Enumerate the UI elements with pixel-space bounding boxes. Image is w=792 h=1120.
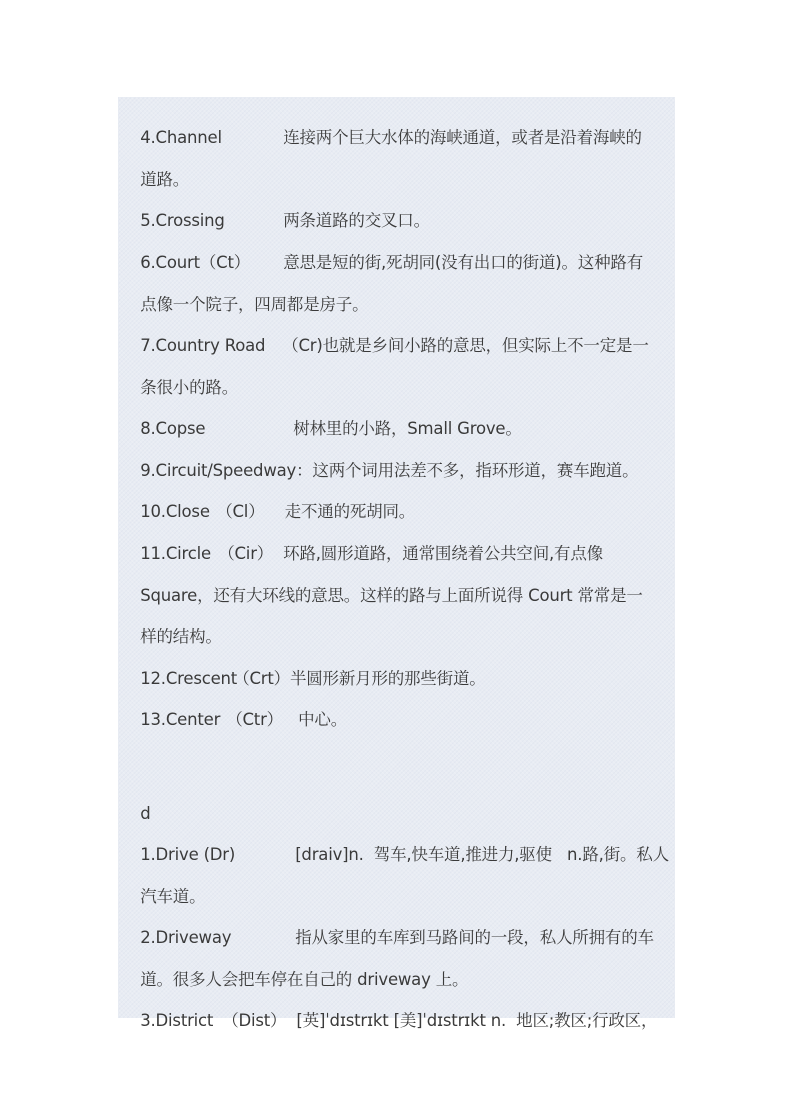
entry-term: 8.Copse — [140, 418, 293, 440]
entry-term: 13.Center — [140, 709, 226, 731]
entry-definition: 指从家里的车库到马路间的一段，私人所拥有的车 — [295, 928, 654, 947]
entry-term: 4.Channel — [140, 127, 283, 149]
entry-definition: 道路。 — [140, 170, 189, 189]
entry-definition: （Cir） 环路,圆形道路，通常围绕着公共空间,有点像 — [218, 544, 603, 563]
entry-definition: （Cl） 走不通的死胡同。 — [216, 502, 415, 521]
entry-term: 11.Circle — [140, 543, 218, 565]
entry-term: 3.District — [140, 1010, 222, 1032]
section-letter: d — [140, 804, 150, 823]
entry-district: 3.District（Dist） [英]ˈdɪstrɪkt [美]ˈdɪstrɪ… — [120, 988, 657, 1054]
entry-term: 5.Crossing — [140, 210, 283, 232]
entry-definition: 连接两个巨大水体的海峡通道，或者是沿着海峡的 — [283, 128, 642, 147]
entry-definition: 样的结构。 — [140, 627, 222, 646]
entry-definition: 意思是短的街,死胡同(没有出口的街道)。这种路有 — [283, 253, 643, 272]
entry-definition: 树林里的小路，Small Grove。 — [293, 419, 522, 438]
entry-term: 2.Driveway — [140, 927, 295, 949]
entry-term: 7.Country Road — [140, 335, 282, 357]
entry-term: 6.Court（Ct） — [140, 252, 283, 274]
entry-center: 13.Center（Ctr） 中心。 — [120, 687, 347, 753]
entry-definition: 9.Circuit/Speedway：这两个词用法差不多，指环形道，赛车跑道。 — [140, 461, 638, 480]
entry-definition: 条很小的路。 — [140, 378, 238, 397]
entry-term: 10.Close — [140, 501, 216, 523]
entry-definition: 道。很多人会把车停在自己的 driveway 上。 — [140, 970, 468, 989]
entry-definition: （Crt）半圆形新月形的那些街道。 — [233, 669, 485, 688]
entry-definition: 汽车道。 — [140, 887, 205, 906]
entry-term: 1.Drive (Dr) — [140, 844, 295, 866]
entry-channel: 4.Channel连接两个巨大水体的海峡通道，或者是沿着海峡的 — [120, 105, 642, 171]
document-page: 4.Channel连接两个巨大水体的海峡通道，或者是沿着海峡的 道路。 5.Cr… — [118, 97, 675, 1018]
entry-definition: Square，还有大环线的意思。这样的路与上面所说得 Court 常常是一 — [140, 586, 643, 605]
entry-definition: 两条道路的交叉口。 — [283, 211, 430, 230]
entry-definition: 点像一个院子，四周都是房子。 — [140, 295, 368, 314]
entry-definition: （Cr)也就是乡间小路的意思，但实际上不一定是一 — [282, 336, 648, 355]
entry-definition: （Dist） [英]ˈdɪstrɪkt [美]ˈdɪstrɪkt n. 地区;教… — [222, 1011, 657, 1030]
entry-definition: [draiv]n. 驾车,快车道,推进力,驱使 n.路,街。私人 — [295, 845, 669, 864]
entry-definition: （Ctr） 中心。 — [226, 710, 347, 729]
